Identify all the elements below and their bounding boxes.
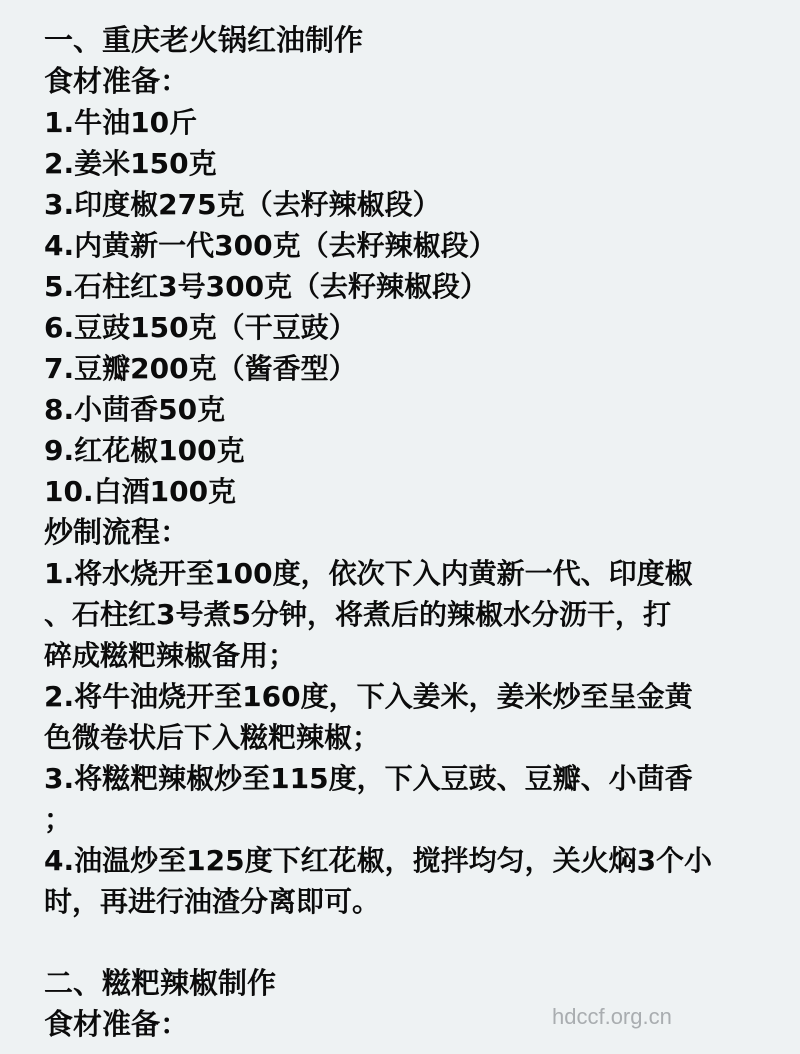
spacer [44,922,764,963]
watermark: hdccf.org.cn [552,1004,672,1030]
process-line: ； [44,799,764,840]
process-line: 、石柱红3号煮5分钟，将煮后的辣椒水分沥干，打 [44,594,764,635]
process-line: 2.将牛油烧开至160度，下入姜米，姜米炒至呈金黄 [44,676,764,717]
section2-title: 二、糍粑辣椒制作 [44,963,764,1004]
ingredient-item: 5.石柱红3号300克（去籽辣椒段） [44,266,764,307]
process-steps: 1.将水烧开至100度，依次下入内黄新一代、印度椒 、石柱红3号煮5分钟，将煮后… [44,553,764,922]
ingredient-item: 1.牛油10斤 [44,102,764,143]
ingredient-item: 3.印度椒275克（去籽辣椒段） [44,184,764,225]
ingredient-item: 4.内黄新一代300克（去籽辣椒段） [44,225,764,266]
ingredient-item: 9.红花椒100克 [44,430,764,471]
process-line: 时，再进行油渣分离即可。 [44,881,764,922]
ingredient-item: 2.姜米150克 [44,143,764,184]
section1-process-heading: 炒制流程： [44,512,764,553]
section1-ingredients-heading: 食材准备： [44,61,764,102]
process-line: 3.将糍粑辣椒炒至115度，下入豆豉、豆瓣、小茴香 [44,758,764,799]
process-line: 碎成糍粑辣椒备用； [44,635,764,676]
ingredient-list: 1.牛油10斤 2.姜米150克 3.印度椒275克（去籽辣椒段） 4.内黄新一… [44,102,764,512]
ingredient-item: 10.白酒100克 [44,471,764,512]
recipe-document: 一、重庆老火锅红油制作 食材准备： 1.牛油10斤 2.姜米150克 3.印度椒… [44,20,764,1045]
ingredient-item: 7.豆瓣200克（酱香型） [44,348,764,389]
process-line: 1.将水烧开至100度，依次下入内黄新一代、印度椒 [44,553,764,594]
process-line: 4.油温炒至125度下红花椒，搅拌均匀，关火焖3个小 [44,840,764,881]
section1-title: 一、重庆老火锅红油制作 [44,20,764,61]
ingredient-item: 8.小茴香50克 [44,389,764,430]
ingredient-item: 6.豆豉150克（干豆豉） [44,307,764,348]
process-line: 色微卷状后下入糍粑辣椒； [44,717,764,758]
